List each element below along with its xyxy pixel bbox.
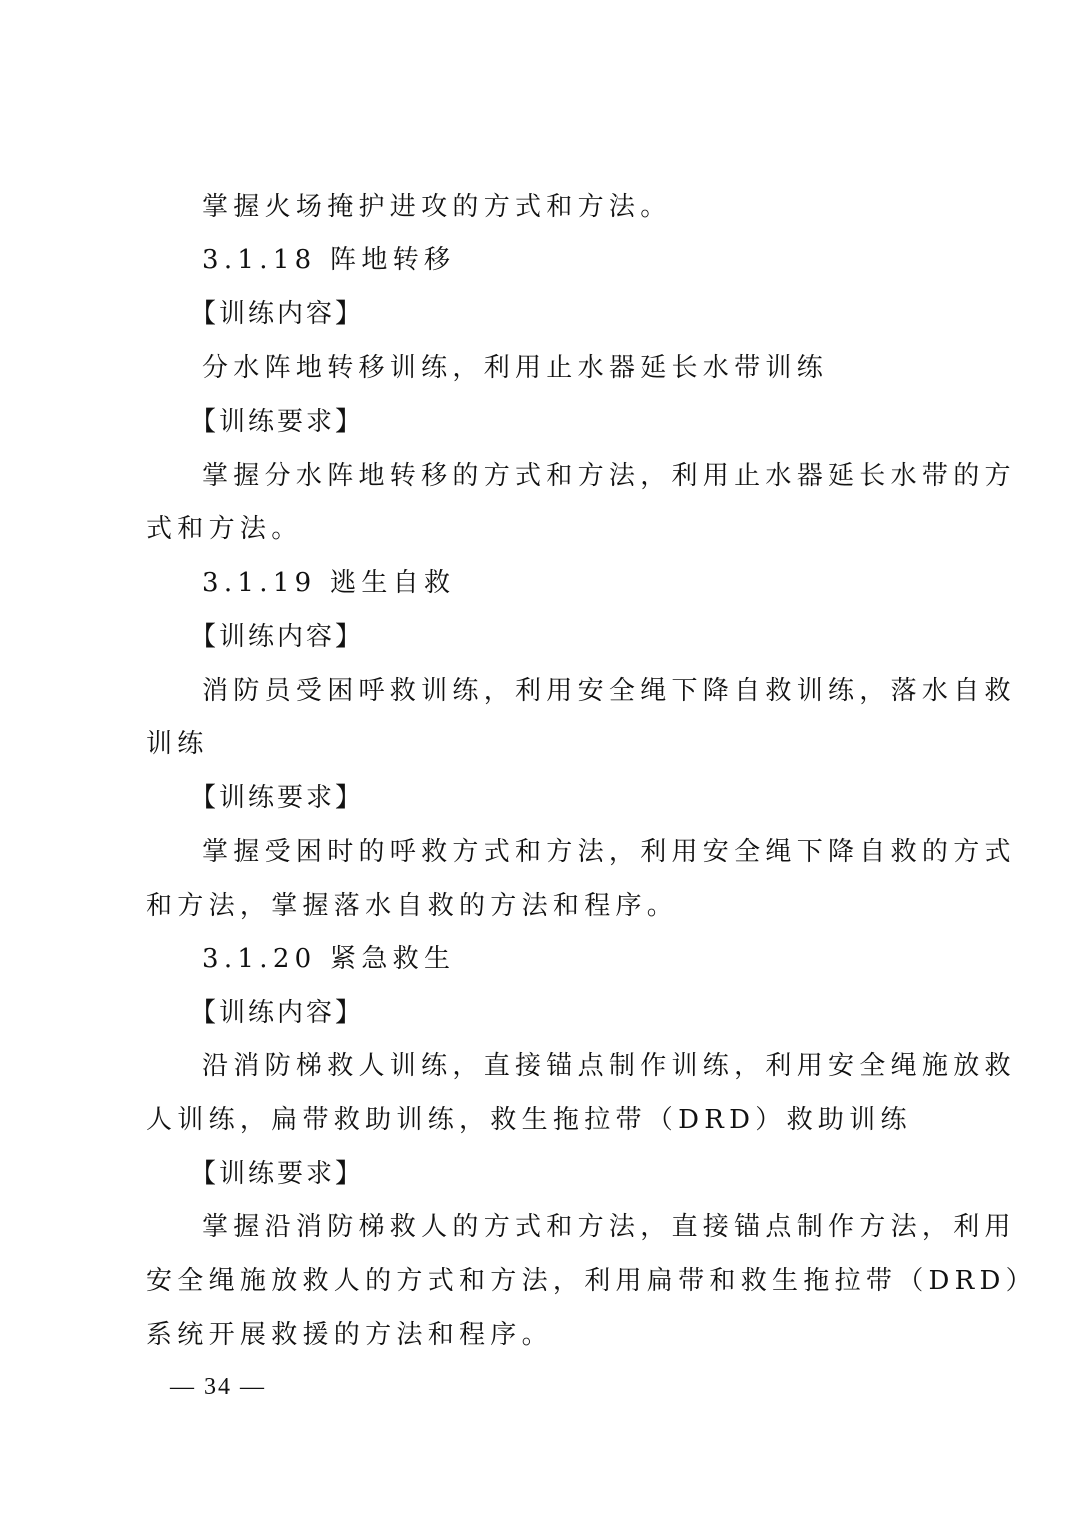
paragraph-line: 掌握受困时的呼救方式和方法，利用安全绳下降自救的方式	[202, 835, 1002, 869]
section-heading-3-1-20: 3.1.20 紧急救生	[202, 942, 1002, 976]
paragraph-line: 和方法，掌握落水自救的方法和程序。	[146, 889, 946, 923]
paragraph-line: 系统开展救援的方法和程序。	[146, 1318, 946, 1352]
label-training-content: 【训练内容】	[190, 620, 990, 654]
paragraph-line: 人训练，扁带救助训练，救生拖拉带（DRD）救助训练	[146, 1103, 946, 1137]
label-training-requirements: 【训练要求】	[190, 1157, 990, 1191]
label-training-content: 【训练内容】	[190, 297, 990, 331]
paragraph-line: 掌握火场掩护进攻的方式和方法。	[202, 190, 1002, 224]
document-page: 掌握火场掩护进攻的方式和方法。 3.1.18 阵地转移 【训练内容】 分水阵地转…	[0, 0, 1080, 1528]
paragraph-line: 沿消防梯救人训练，直接锚点制作训练，利用安全绳施放救	[202, 1049, 1002, 1083]
paragraph-line: 式和方法。	[146, 512, 946, 546]
page-number: — 34 —	[170, 1370, 266, 1404]
paragraph-line: 掌握沿消防梯救人的方式和方法，直接锚点制作方法，利用	[202, 1210, 1002, 1244]
label-training-requirements: 【训练要求】	[190, 405, 990, 439]
paragraph-line: 训练	[146, 727, 946, 761]
section-heading-3-1-19: 3.1.19 逃生自救	[202, 566, 1002, 600]
paragraph-line: 掌握分水阵地转移的方式和方法，利用止水器延长水带的方	[202, 459, 1002, 493]
paragraph-line: 消防员受困呼救训练，利用安全绳下降自救训练，落水自救	[202, 674, 1002, 708]
section-heading-3-1-18: 3.1.18 阵地转移	[202, 243, 1002, 277]
paragraph-line: 分水阵地转移训练，利用止水器延长水带训练	[202, 351, 1002, 385]
paragraph-line: 安全绳施放救人的方式和方法，利用扁带和救生拖拉带（DRD）	[146, 1264, 946, 1298]
label-training-requirements: 【训练要求】	[190, 781, 990, 815]
label-training-content: 【训练内容】	[190, 996, 990, 1030]
